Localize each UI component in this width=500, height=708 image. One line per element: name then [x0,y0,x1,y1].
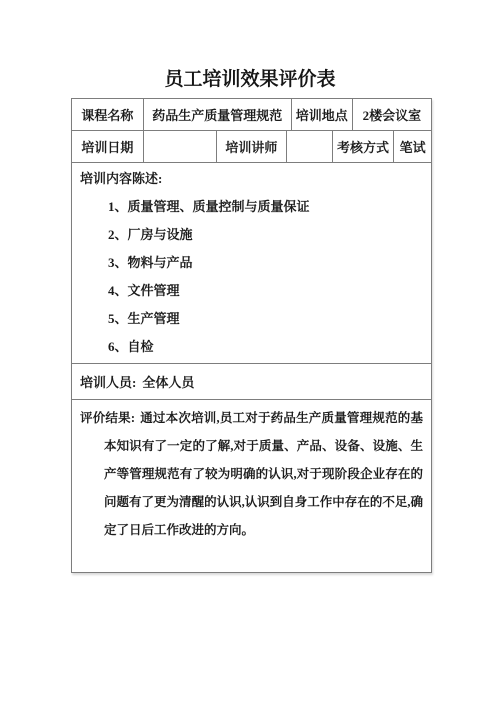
table-row-trainees: 培训人员: 全体人员 [72,364,431,400]
trainees-label: 培训人员: [80,372,136,391]
date-label: 培训日期 [72,131,144,162]
table-row-evaluation: 评价结果:通过本次培训,员工对于药品生产质量管理规范的基本知识有了一定的了解,对… [72,400,431,572]
training-content-list: 1、质量管理、质量控制与质量保证2、厂房与设施3、物料与产品4、文件管理5、生产… [80,193,423,361]
document-page: 员工培训效果评价表 课程名称 药品生产质量管理规范 培训地点 2楼会议室 培训日… [0,0,500,708]
list-item: 3、物料与产品 [108,249,423,277]
table-row-course: 课程名称 药品生产质量管理规范 培训地点 2楼会议室 [72,99,431,131]
course-name-label: 课程名称 [72,99,144,130]
location-value: 2楼会议室 [353,99,431,130]
list-item: 6、自检 [108,333,423,361]
training-content-label: 培训内容陈述: [80,169,423,189]
assessment-method-value: 笔试 [394,131,431,162]
trainees-value: 全体人员 [142,372,194,391]
course-name-value: 药品生产质量管理规范 [144,99,292,130]
list-item: 1、质量管理、质量控制与质量保证 [108,193,423,221]
assessment-method-label: 考核方式 [333,131,395,162]
list-item: 5、生产管理 [108,305,423,333]
trainer-label: 培训讲师 [217,131,287,162]
evaluation-table: 课程名称 药品生产质量管理规范 培训地点 2楼会议室 培训日期 培训讲师 考核方… [71,98,432,573]
date-value [144,131,217,162]
page-title: 员工培训效果评价表 [0,66,500,94]
evaluation-label: 评价结果: [80,411,135,425]
list-item: 4、文件管理 [108,277,423,305]
evaluation-paragraph: 评价结果:通过本次培训,员工对于药品生产质量管理规范的基本知识有了一定的了解,对… [72,400,431,544]
table-row-training-content: 培训内容陈述: 1、质量管理、质量控制与质量保证2、厂房与设施3、物料与产品4、… [72,163,431,364]
evaluation-text: 通过本次培训,员工对于药品生产质量管理规范的基本知识有了一定的了解,对于质量、产… [104,411,423,537]
trainer-value [287,131,333,162]
location-label: 培训地点 [292,99,353,130]
table-row-date: 培训日期 培训讲师 考核方式 笔试 [72,131,431,163]
list-item: 2、厂房与设施 [108,221,423,249]
